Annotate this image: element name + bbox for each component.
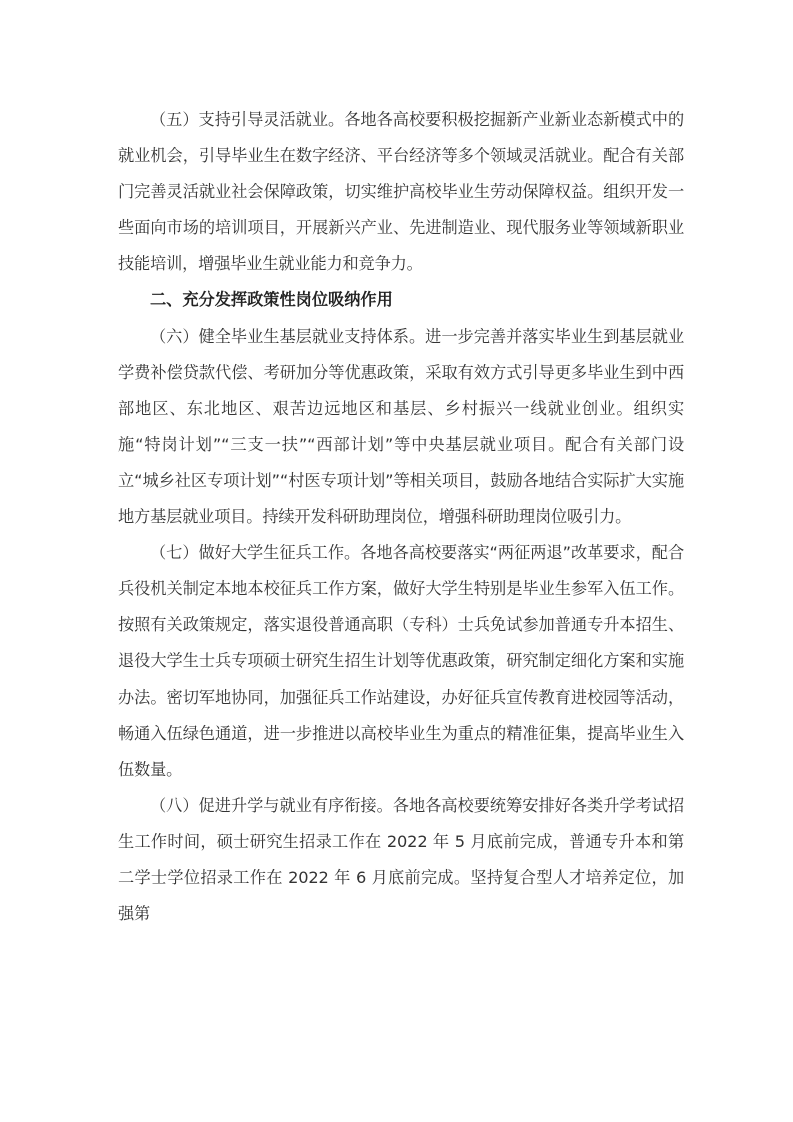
paragraph-6-grassroots-employment: （六）健全毕业生基层就业支持体系。进一步完善并落实毕业生到基层就业学费补偿贷款代… bbox=[118, 319, 684, 536]
section-heading-2: 二、充分发挥政策性岗位吸纳作用 bbox=[118, 282, 684, 318]
paragraph-5-flexible-employment: （五）支持引导灵活就业。各地各高校要积极挖掘新产业新业态新模式中的就业机会，引导… bbox=[118, 102, 684, 282]
paragraph-7-student-conscription: （七）做好大学生征兵工作。各地各高校要落实“两征两退”改革要求，配合兵役机关制定… bbox=[118, 535, 684, 788]
paragraph-8-further-study: （八）促进升学与就业有序衔接。各地各高校要统筹安排好各类升学考试招生工作时间，硕… bbox=[118, 788, 684, 932]
document-page: （五）支持引导灵活就业。各地各高校要积极挖掘新产业新业态新模式中的就业机会，引导… bbox=[118, 102, 684, 932]
